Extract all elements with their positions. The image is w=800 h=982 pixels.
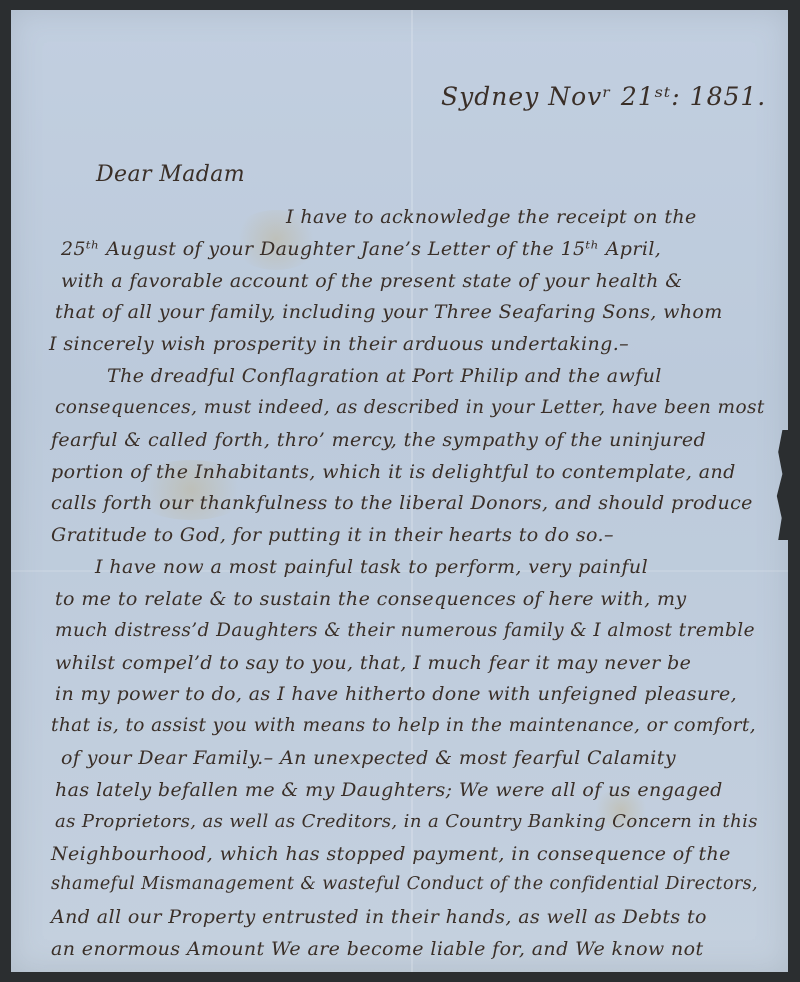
letter-line: much distress’d Daughters & their numero…: [55, 620, 755, 641]
letter-line: with a favorable account of the present …: [61, 270, 683, 292]
letter-line: in my power to do, as I have hitherto do…: [55, 683, 737, 705]
letter-line: Neighbourhood, which has stopped payment…: [51, 843, 731, 865]
letter-line: Gratitude to God, for putting it in thei…: [51, 524, 614, 546]
letter-line: has lately befallen me & my Daughters; W…: [55, 779, 723, 801]
letter-line: whilst compel’d to say to you, that, I m…: [55, 652, 691, 674]
letter-line: I have to acknowledge the receipt on the: [286, 206, 697, 228]
letter-line: 25ᵗʰ August of your Daughter Jane’s Lett…: [61, 238, 661, 260]
letter-line: as Proprietors, as well as Creditors, in…: [55, 811, 758, 832]
letter-line: to me to relate & to sustain the consequ…: [55, 588, 687, 610]
letter-line: consequences, must indeed, as described …: [55, 397, 765, 418]
torn-edge: [774, 430, 788, 540]
letter-line: that is, to assist you with means to hel…: [51, 715, 756, 736]
letter-line: shameful Mismanagement & wasteful Conduc…: [51, 874, 758, 894]
letter-dateline: Sydney Novʳ 21ˢᵗ: 1851.: [441, 82, 766, 111]
letter-line: I have now a most painful task to perfor…: [95, 556, 648, 578]
letter-line: an enormous Amount We are become liable …: [51, 938, 704, 960]
letter-line: I sincerely wish prosperity in their ard…: [49, 333, 629, 355]
letter-line: fearful & called forth, thro’ mercy, the…: [51, 429, 706, 451]
letter-line: And all our Property entrusted in their …: [51, 906, 707, 928]
letter-line: calls forth our thankfulness to the libe…: [51, 492, 753, 514]
letter-page: Sydney Novʳ 21ˢᵗ: 1851. Dear Madam I hav…: [11, 10, 788, 972]
letter-line: of your Dear Family.– An unexpected & mo…: [61, 747, 676, 769]
letter-line: portion of the Inhabitants, which it is …: [51, 461, 736, 483]
letter-salutation: Dear Madam: [96, 162, 245, 187]
letter-line: The dreadful Conflagration at Port Phili…: [107, 365, 662, 387]
letter-line: that of all your family, including your …: [55, 301, 723, 323]
